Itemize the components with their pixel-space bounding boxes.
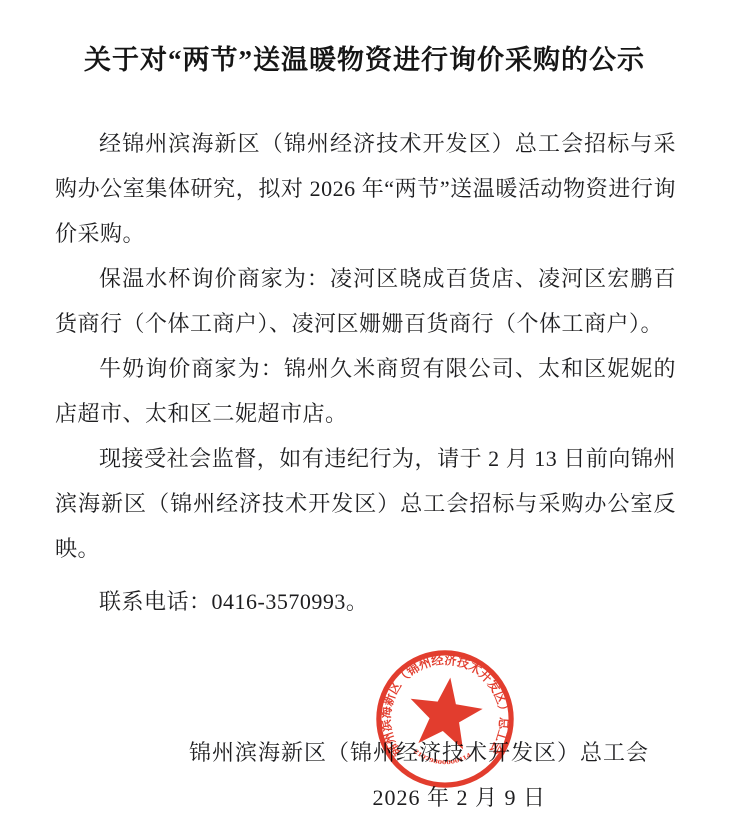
signature-organization: 锦州滨海新区（锦州经济技术开发区）总工会 xyxy=(0,736,649,767)
official-red-seal: 锦州滨海新区（锦州经济技术开发区）总工会 21079800000114 xyxy=(358,632,532,806)
paragraph-contact-phone: 联系电话：0416-3570993。 xyxy=(55,579,676,624)
notice-document-page: 关于对“两节”送温暖物资进行询价采购的公示 经锦州滨海新区（锦州经济技术开发区）… xyxy=(0,0,729,822)
seal-serial-number: 21079800000114 xyxy=(412,749,472,767)
seal-star-icon xyxy=(405,673,487,752)
page-title: 关于对“两节”送温暖物资进行询价采购的公示 xyxy=(0,0,729,77)
paragraph-supervision: 现接受社会监督，如有违纪行为，请于 2 月 13 日前向锦州滨海新区（锦州经济技… xyxy=(55,436,676,571)
paragraph-milk-vendors: 牛奶询价商家为：锦州久米商贸有限公司、太和区妮妮的店超市、太和区二妮超市店。 xyxy=(55,346,676,436)
paragraph-cup-vendors: 保温水杯询价商家为：凌河区晓成百货店、凌河区宏鹏百货商行（个体工商户）、凌河区姗… xyxy=(55,256,676,346)
document-body: 经锦州滨海新区（锦州经济技术开发区）总工会招标与采购办公室集体研究，拟对 202… xyxy=(55,121,676,624)
paragraph-intro: 经锦州滨海新区（锦州经济技术开发区）总工会招标与采购办公室集体研究，拟对 202… xyxy=(55,121,676,256)
